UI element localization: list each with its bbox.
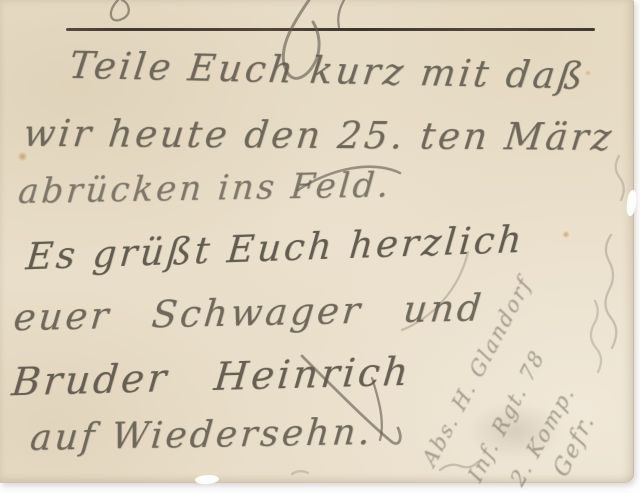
handwriting-line-7: auf Wiedersehn. [28, 412, 374, 459]
handwriting-line-4: Es grüßt Euch herzlich [24, 218, 526, 279]
scanned-postcard-image: Teile Euch kurz mit daß wir heute den 25… [0, 0, 640, 493]
handwriting-line-6: Bruder Heinrich [10, 350, 413, 406]
paper-edge-chip [195, 474, 219, 484]
paper-edge-notch [625, 190, 637, 217]
postcard-paper: Teile Euch kurz mit daß wir heute den 25… [0, 0, 634, 483]
handwriting-line-3: abrücken ins Feld. [16, 165, 392, 212]
handwriting-line-1: Teile Euch kurz mit daß [67, 44, 589, 98]
paper-stain [562, 231, 570, 238]
handwriting-line-5: euer Schwager und [12, 286, 486, 339]
handwriting-line-2: wir heute den 25. ten März [21, 112, 616, 159]
printed-divider-line [66, 28, 595, 31]
